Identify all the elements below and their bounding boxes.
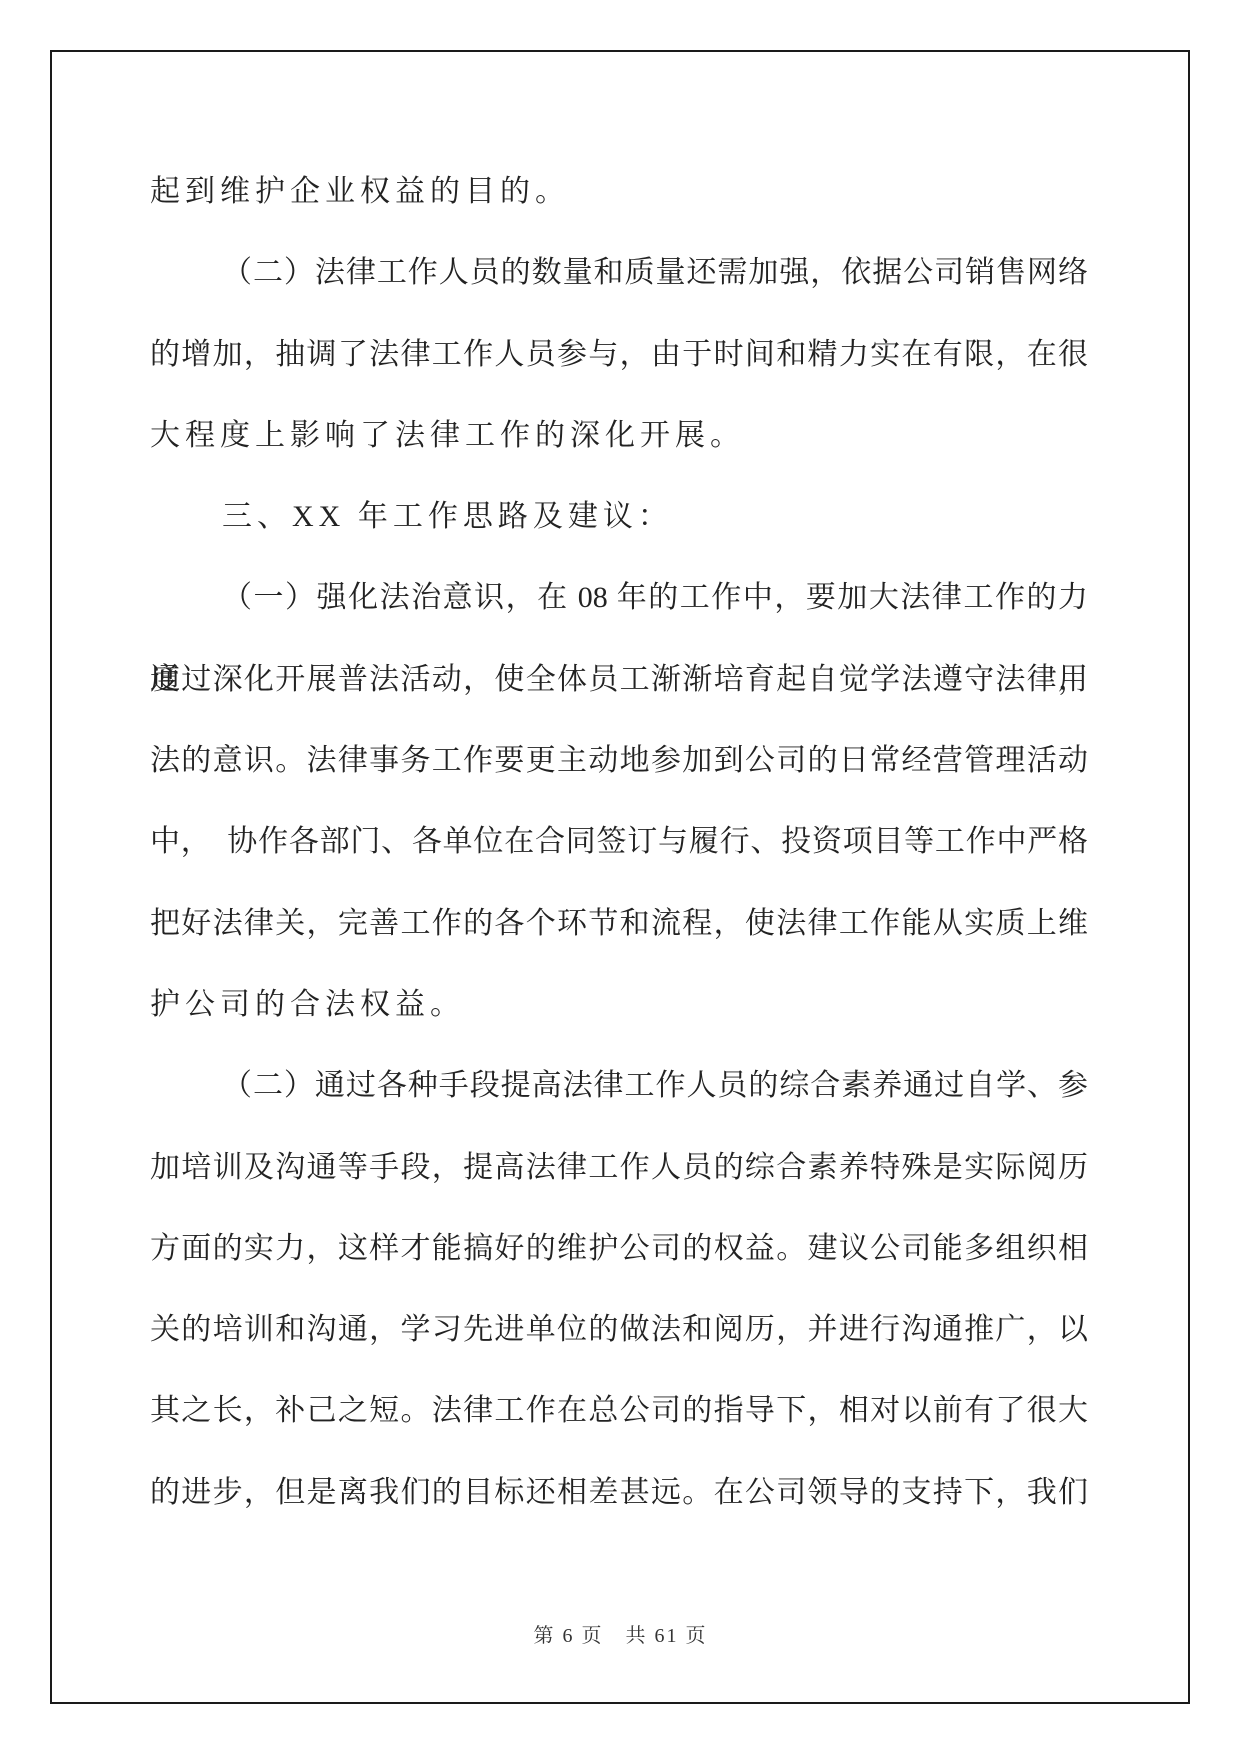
text-line: 三、XX 年工作思路及建议： xyxy=(150,476,1088,557)
text-line: 的增加，抽调了法律工作人员参与，由于时间和精力实在有限，在很 xyxy=(150,314,1088,395)
text-line: 法的意识。法律事务工作要更主动地参加到公司的日常经营管理活动 xyxy=(150,720,1088,801)
document-body: 起到维护企业权益的目的。 （二）法律工作人员的数量和质量还需加强，依据公司销售网… xyxy=(150,151,1088,1533)
text-line: 方面的实力，这样才能搞好的维护公司的权益。建议公司能多组织相 xyxy=(150,1208,1088,1289)
text-line: 把好法律关，完善工作的各个环节和流程，使法律工作能从实质上维 xyxy=(150,883,1088,964)
text-line: 大程度上影响了法律工作的深化开展。 xyxy=(150,395,1088,476)
text-line: 护公司的合法权益。 xyxy=(150,964,1088,1045)
page-number: 第 6 页 共 61 页 xyxy=(0,1616,1241,1656)
text-line: （一）强化法治意识，在 08 年的工作中，要加大法律工作的力度， xyxy=(150,557,1088,638)
text-line: 关的培训和沟通，学习先进单位的做法和阅历，并进行沟通推广，以 xyxy=(150,1289,1088,1370)
text-line: 起到维护企业权益的目的。 xyxy=(150,151,1088,232)
text-line: 的进步，但是离我们的目标还相差甚远。在公司领导的支持下，我们 xyxy=(150,1452,1088,1533)
text-line: （二）通过各种手段提高法律工作人员的综合素养通过自学、参 xyxy=(150,1045,1088,1126)
text-line: （二）法律工作人员的数量和质量还需加强，依据公司销售网络 xyxy=(150,232,1088,313)
text-line: 中， 协作各部门、各单位在合同签订与履行、投资项目等工作中严格 xyxy=(150,801,1088,882)
text-line: 通过深化开展普法活动，使全体员工渐渐培育起自觉学法遵守法律用 xyxy=(150,639,1088,720)
text-line: 加培训及沟通等手段，提高法律工作人员的综合素养特殊是实际阅历 xyxy=(150,1127,1088,1208)
text-line: 其之长，补己之短。法律工作在总公司的指导下，相对以前有了很大 xyxy=(150,1370,1088,1451)
document-page: 起到维护企业权益的目的。 （二）法律工作人员的数量和质量还需加强，依据公司销售网… xyxy=(0,0,1241,1754)
